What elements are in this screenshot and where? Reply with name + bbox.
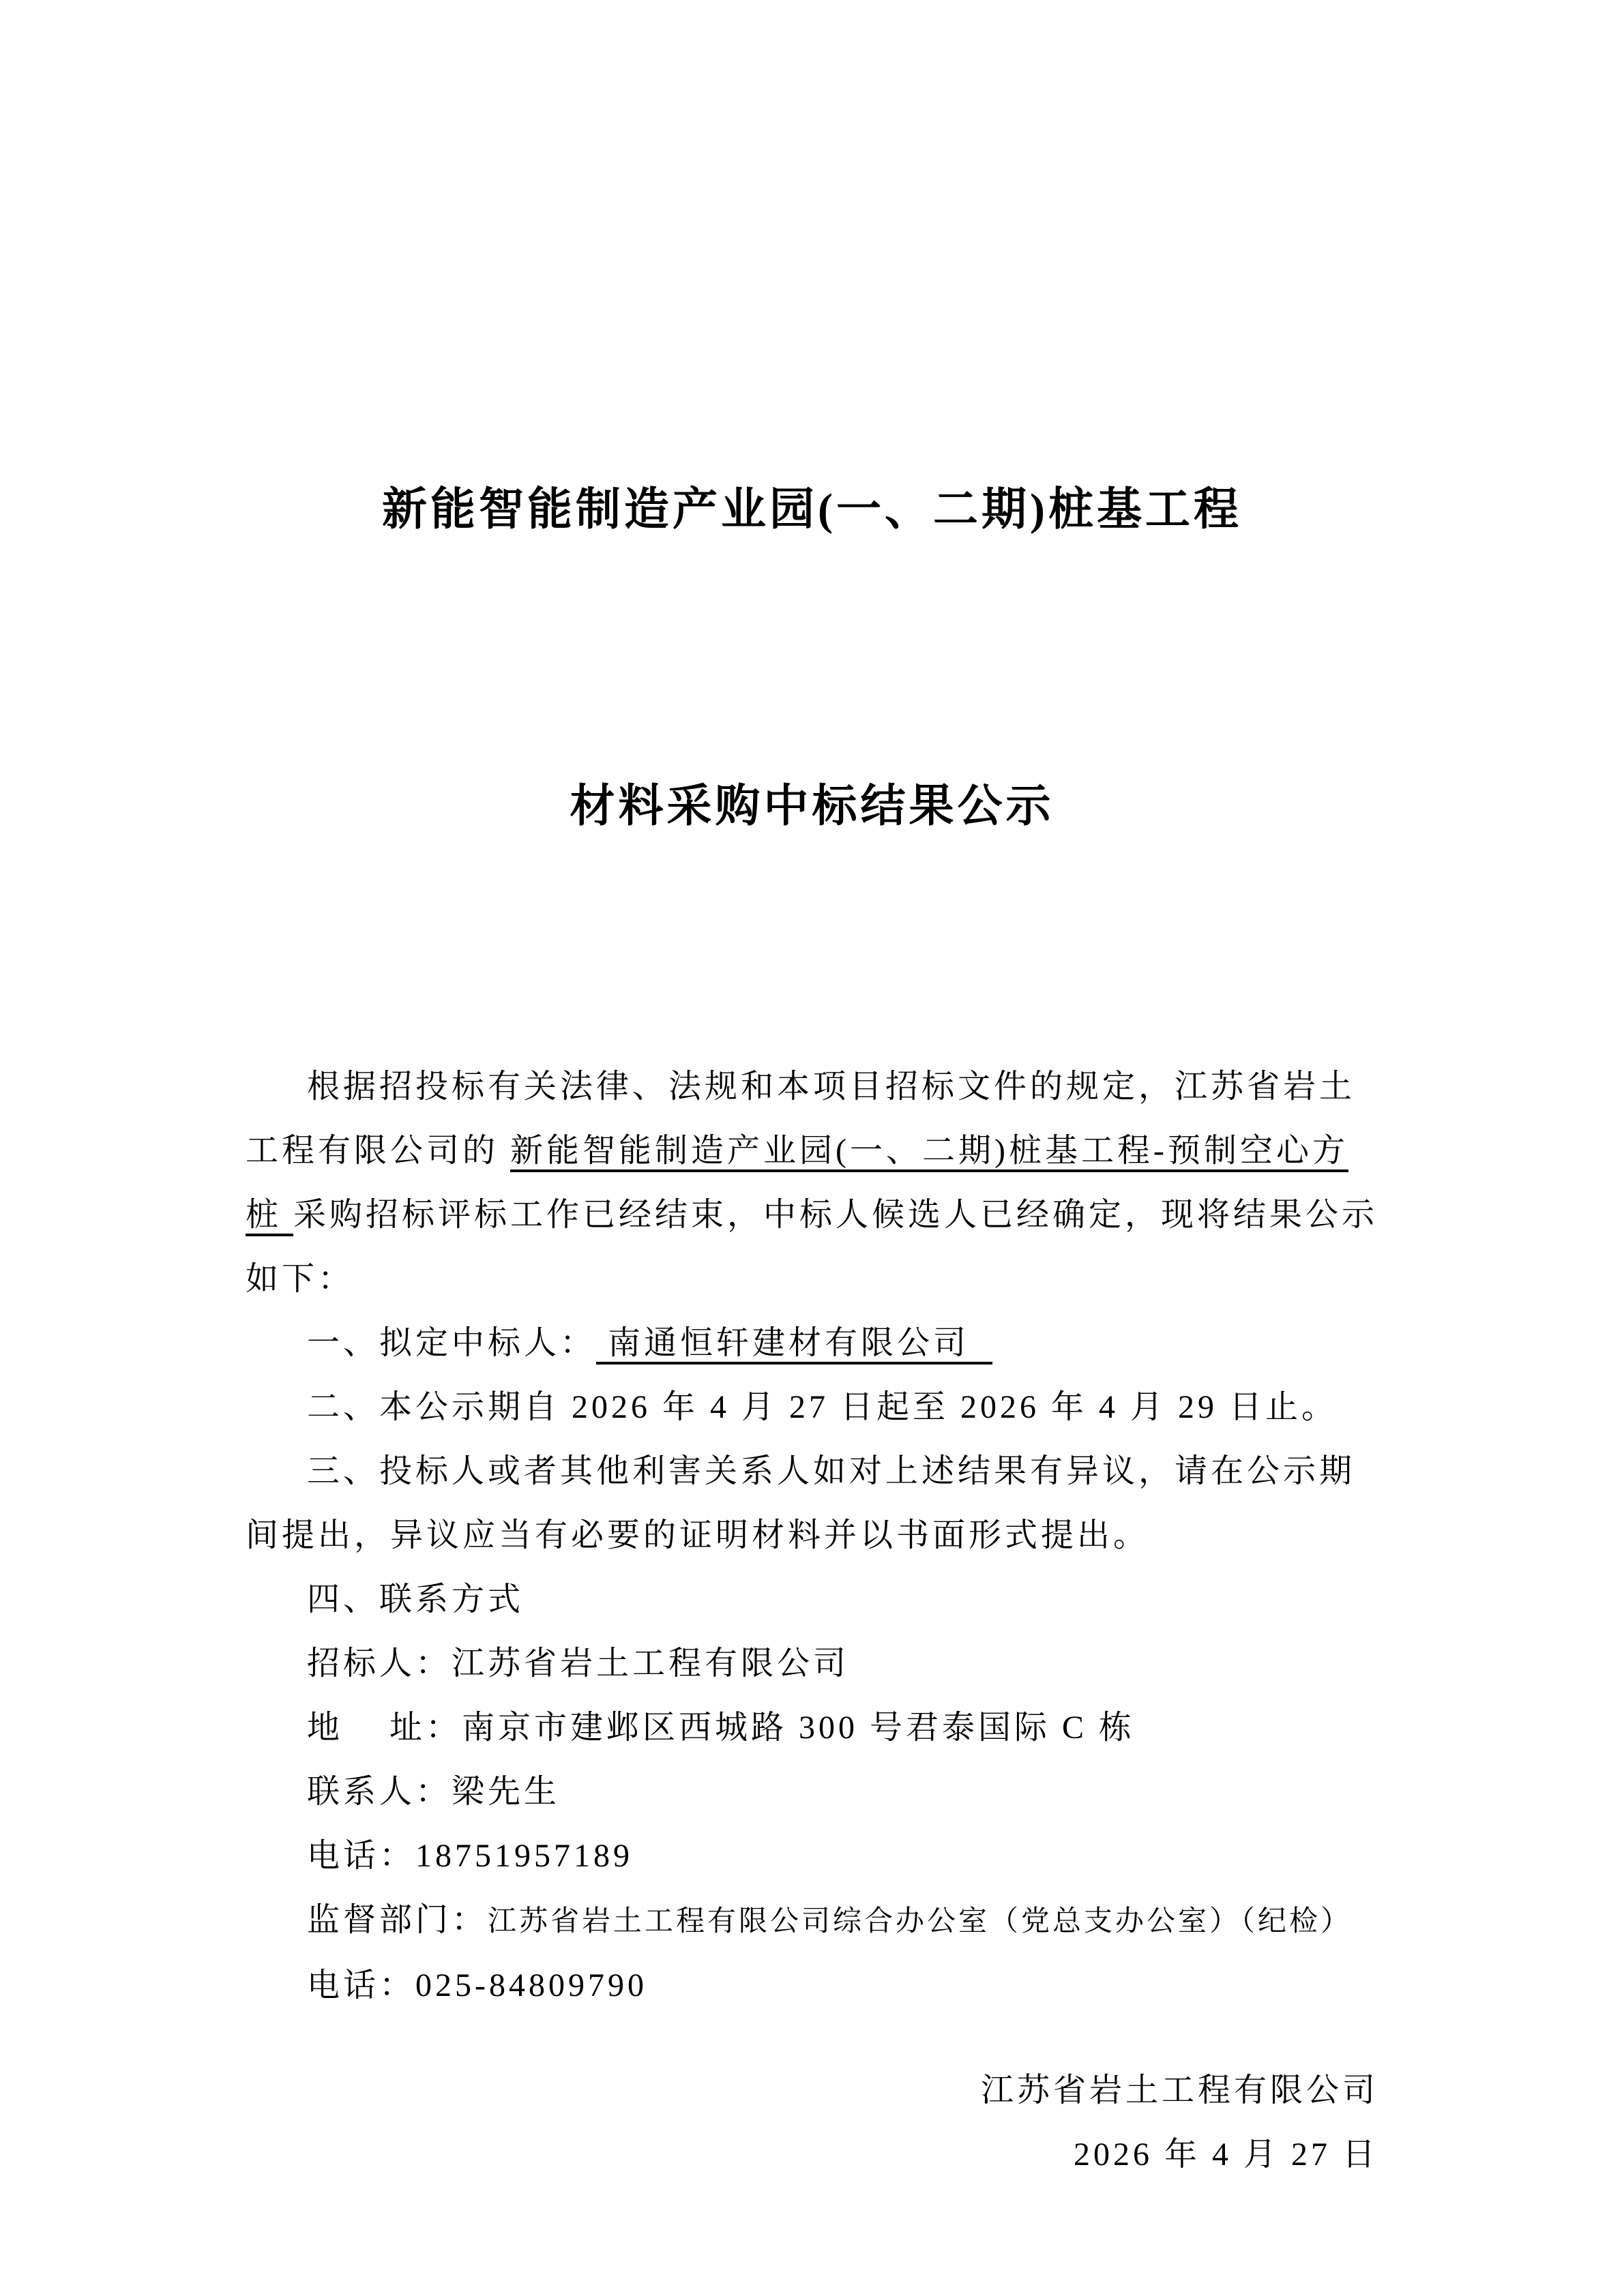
document-title: 新能智能制造产业园(一、二期)桩基工程 材料采购中标结果公示 [246, 263, 1378, 1054]
signature-block: 江苏省岩土工程有限公司 2026 年 4 月 27 日 [246, 2059, 1378, 2187]
supervisor-phone: 电话：025-84809790 [246, 1954, 1378, 2018]
item-4-contact-heading: 四、联系方式 [246, 1568, 1378, 1632]
document-page: 新能智能制造产业园(一、二期)桩基工程 材料采购中标结果公示 根据招投标有关法律… [0, 0, 1624, 2296]
intro-line-3-rest: 采购招标评标工作已经结束，中标人候选人已经确定，现将结果公示 [293, 1197, 1378, 1233]
document-title-line1: 新能智能制造产业园(一、二期)桩基工程 [246, 460, 1378, 559]
supervisor-label: 监督部门： [307, 1902, 488, 1938]
intro-line-1: 根据招投标有关法律、法规和本项目招标文件的规定，江苏省岩土 [246, 1055, 1378, 1119]
intro-line-2-prefix: 工程有限公司的 [246, 1133, 510, 1169]
intro-line-4: 如下： [246, 1247, 1378, 1311]
contact-address: 地 址：南京市建邺区西城路 300 号君泰国际 C 栋 [246, 1696, 1378, 1760]
winner-company-underlined: 南通恒轩建材有限公司 [596, 1325, 992, 1361]
project-name-underlined: 新能智能制造产业园(一、二期)桩基工程-预制空心方 [510, 1133, 1348, 1169]
intro-line-2: 工程有限公司的 新能智能制造产业园(一、二期)桩基工程-预制空心方 [246, 1119, 1378, 1183]
contact-phone: 电话：18751957189 [246, 1824, 1378, 1888]
contact-supervisor: 监督部门：江苏省岩土工程有限公司综合办公室（党总支办公室）（纪检） [246, 1888, 1378, 1954]
item-1-winner: 一、拟定中标人： 南通恒轩建材有限公司 [246, 1311, 1378, 1375]
contact-person: 联系人：梁先生 [246, 1760, 1378, 1824]
supervisor-value: 江苏省岩土工程有限公司综合办公室（党总支办公室）（纪检） [488, 1906, 1352, 1937]
item-3-objection-line1: 三、投标人或者其他利害关系人如对上述结果有异议，请在公示期 [246, 1440, 1378, 1504]
project-name-underlined-cont: 桩 [246, 1197, 293, 1233]
item-2-publicity-period: 二、本公示期自 2026 年 4 月 27 日起至 2026 年 4 月 29 … [246, 1375, 1378, 1440]
document-body: 根据招投标有关法律、法规和本项目招标文件的规定，江苏省岩土 工程有限公司的 新能… [246, 1055, 1378, 2187]
document-title-line2: 材料采购中标结果公示 [246, 757, 1378, 856]
item-3-objection-line2: 间提出，异议应当有必要的证明材料并以书面形式提出。 [246, 1504, 1378, 1568]
signature-date: 2026 年 4 月 27 日 [246, 2123, 1378, 2187]
intro-line-3: 桩 采购招标评标工作已经结束，中标人候选人已经确定，现将结果公示 [246, 1183, 1378, 1247]
item-1-label: 一、拟定中标人： [307, 1325, 596, 1361]
signature-company: 江苏省岩土工程有限公司 [246, 2059, 1378, 2123]
contact-tenderer: 招标人：江苏省岩土工程有限公司 [246, 1632, 1378, 1696]
